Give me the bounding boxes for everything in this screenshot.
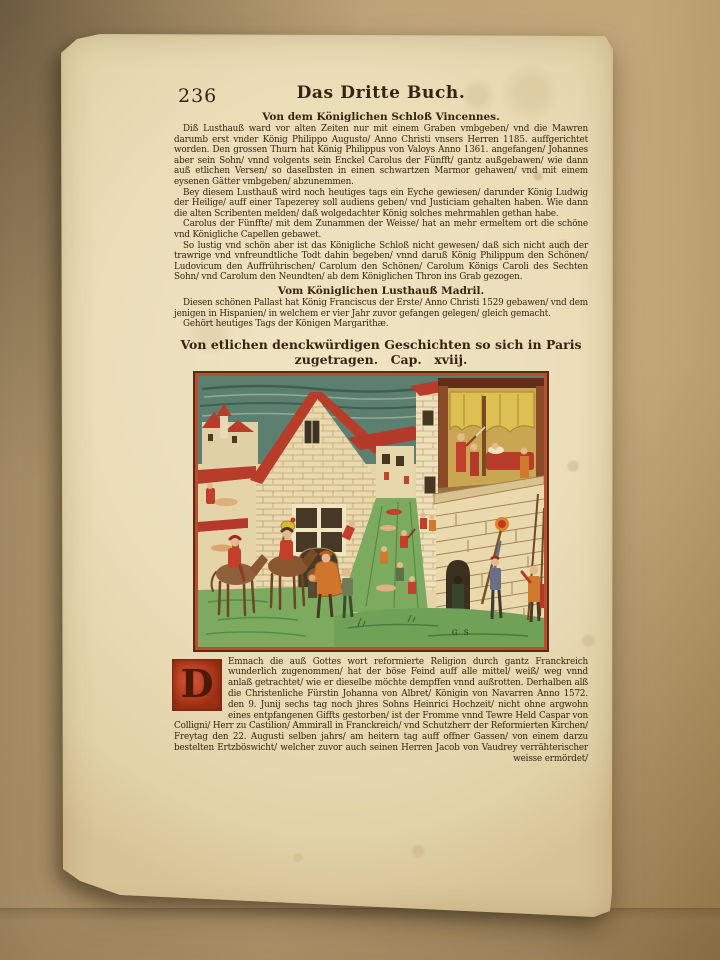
woodcut-frame: G S xyxy=(193,371,549,652)
decorative-initial: D xyxy=(172,659,222,711)
paragraph: Diesen schönen Pallast hat König Francis… xyxy=(174,298,588,319)
running-title: Das Dritte Buch. xyxy=(174,83,588,103)
woodcut-monogram: G S xyxy=(452,629,471,637)
section-heading-vincennes: Von dem Königlichen Schloß Vincennes. xyxy=(174,111,588,123)
page-header: 236 Das Dritte Buch. xyxy=(174,83,588,109)
chapter-heading-line2: zugetragen. Cap. xviij. xyxy=(174,352,588,367)
paragraph: Carolus der Fünffte/ mit dem Zunammen de… xyxy=(174,219,588,240)
decorative-initial-letter: D xyxy=(181,679,214,690)
chapter-heading-line1: Von etlichen denckwürdigen Geschichten s… xyxy=(174,337,588,352)
paragraph: Bey diesem Lusthauß wird noch heutiges t… xyxy=(174,188,588,220)
closing-paragraph: DEmnach die auß Gottes wort reformierte … xyxy=(174,657,588,765)
book-page: 236 Das Dritte Buch. Von dem Königlichen… xyxy=(60,33,614,921)
section-heading-madril: Vom Königlichen Lusthauß Madril. xyxy=(174,285,588,297)
closing-paragraph-text: Emnach die auß Gottes wort reformierte R… xyxy=(174,657,588,764)
paragraph: Diß Lusthauß ward vor alten Zeiten nur m… xyxy=(174,124,588,188)
woodcut-illustration: G S xyxy=(195,373,547,650)
page-content: 236 Das Dritte Buch. Von dem Königlichen… xyxy=(174,83,588,773)
book-page-photo: 236 Das Dritte Buch. Von dem Königlichen… xyxy=(60,33,614,921)
paragraph: Gehört heutiges Tags der Königen Margari… xyxy=(174,319,588,330)
page-number: 236 xyxy=(178,85,217,107)
chapter-heading: Von etlichen denckwürdigen Geschichten s… xyxy=(174,337,588,367)
paragraph: So lustig vnd schön aber ist das Königli… xyxy=(174,241,588,283)
